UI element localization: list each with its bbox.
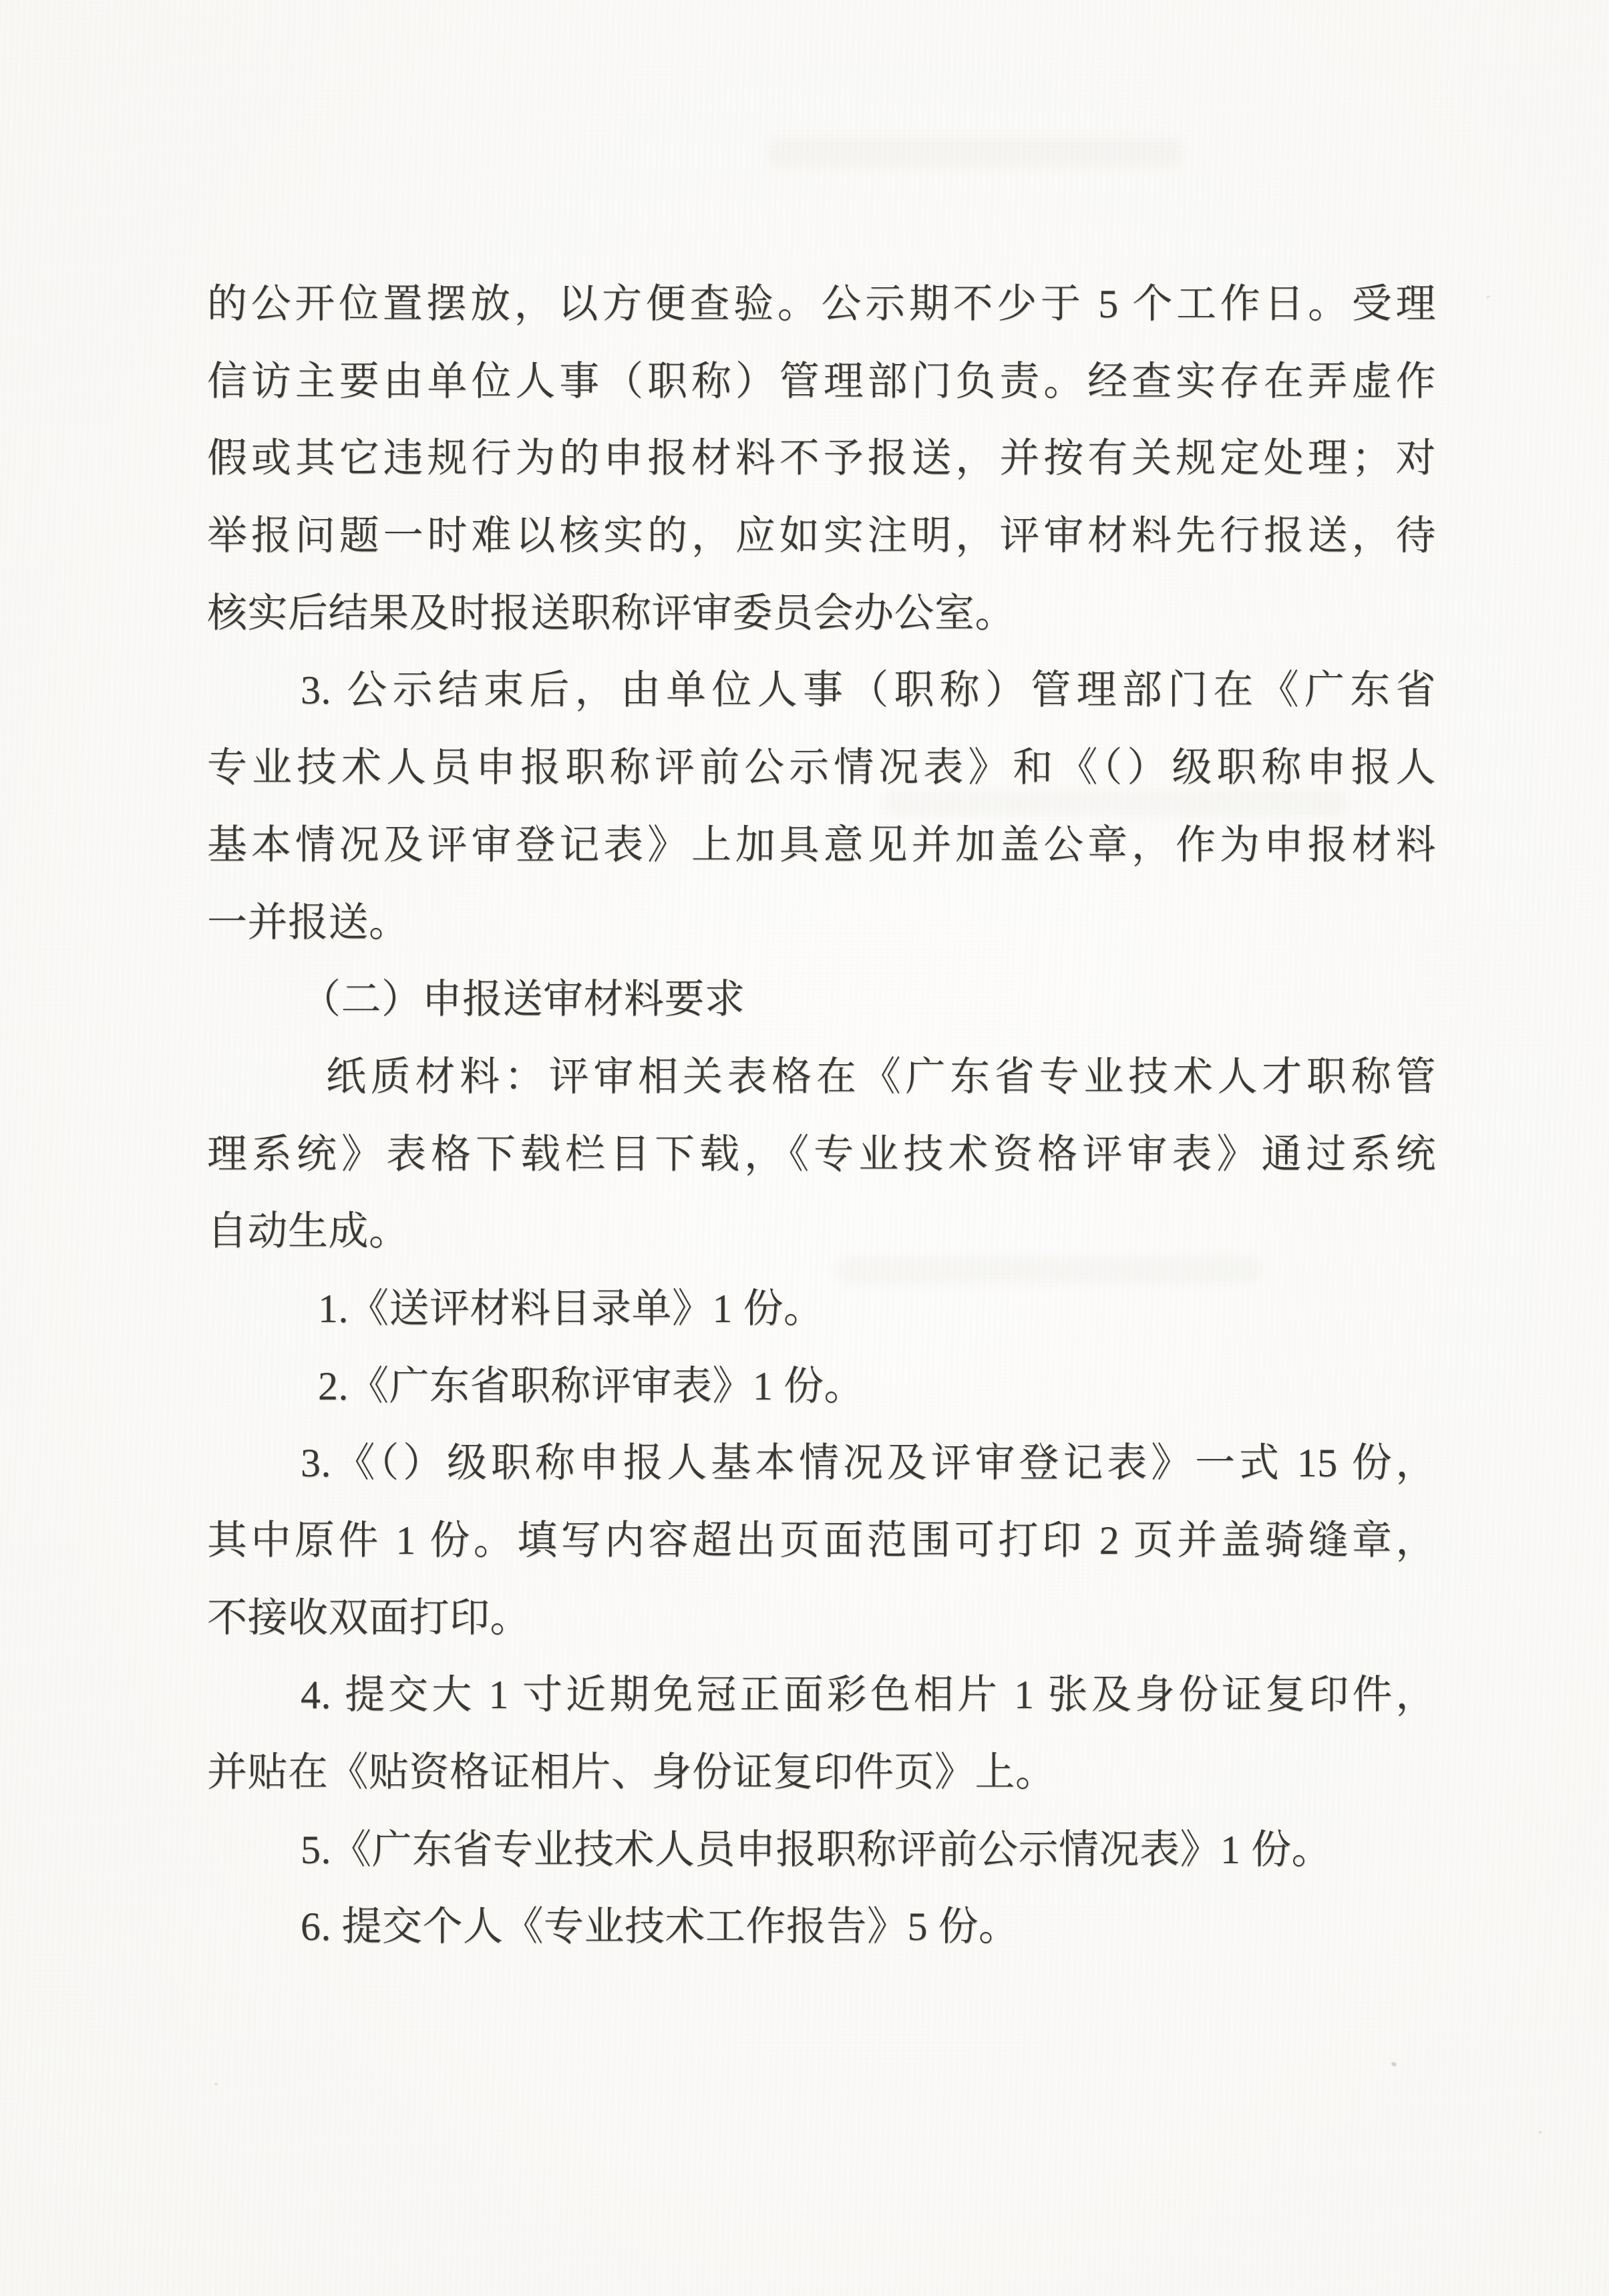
scan-speck [1391,2062,1397,2068]
list-item: 3.《（）级职称申报人基本情况及评审登记表》一式 15 份， [207,1425,1436,1502]
text-line: 3. 公示结束后，由单位人事（职称）管理部门在《广东省 [207,652,1436,729]
bleedthrough-smudge [835,1256,1262,1284]
text-line: 举报问题一时难以核实的，应如实注明，评审材料先行报送，待 [207,498,1436,575]
text-line: 一并报送。 [207,884,1436,962]
text-line: 不接收双面打印。 [207,1580,1436,1657]
text-line: 理系统》表格下载栏目下载，《专业技术资格评审表》通过系统 [207,1116,1436,1194]
bleedthrough-smudge [882,790,1349,816]
scan-speck [1539,2131,1542,2134]
document-body: 的公开位置摆放，以方便查验。公示期不少于 5 个工作日。受理 信访主要由单位人事… [207,266,1436,1966]
text-line: 基本情况及评审登记表》上加具意见并加盖公章，作为申报材料 [207,807,1436,884]
text-line: 信访主要由单位人事（职称）管理部门负责。经查实存在弄虚作 [207,343,1436,421]
text-line: 假或其它违规行为的申报材料不予报送，并按有关规定处理；对 [207,420,1436,498]
scan-speck [214,2083,218,2086]
scan-speck [1486,295,1491,299]
list-item: 4. 提交大 1 寸近期免冠正面彩色相片 1 张及身份证复印件， [207,1657,1436,1734]
text-line: 其中原件 1 份。填写内容超出页面范围可打印 2 页并盖骑缝章， [207,1502,1436,1580]
section-heading: （二）申报送审材料要求 [207,961,1436,1039]
scanned-page: 的公开位置摆放，以方便查验。公示期不少于 5 个工作日。受理 信访主要由单位人事… [0,0,1609,2296]
bleedthrough-smudge [768,137,1182,168]
text-line: 纸质材料：评审相关表格在《广东省专业技术人才职称管 [207,1039,1436,1116]
list-item: 2.《广东省职称评审表》1 份。 [207,1348,1436,1426]
list-item: 6. 提交个人《专业技术工作报告》5 份。 [207,1889,1436,1966]
text-line: 的公开位置摆放，以方便查验。公示期不少于 5 个工作日。受理 [207,266,1436,343]
text-line: 核实后结果及时报送职称评审委员会办公室。 [207,575,1436,653]
list-item: 5.《广东省专业技术人员申报职称评前公示情况表》1 份。 [207,1812,1436,1889]
text-line: 并贴在《贴资格证相片、身份证复印件页》上。 [207,1734,1436,1812]
